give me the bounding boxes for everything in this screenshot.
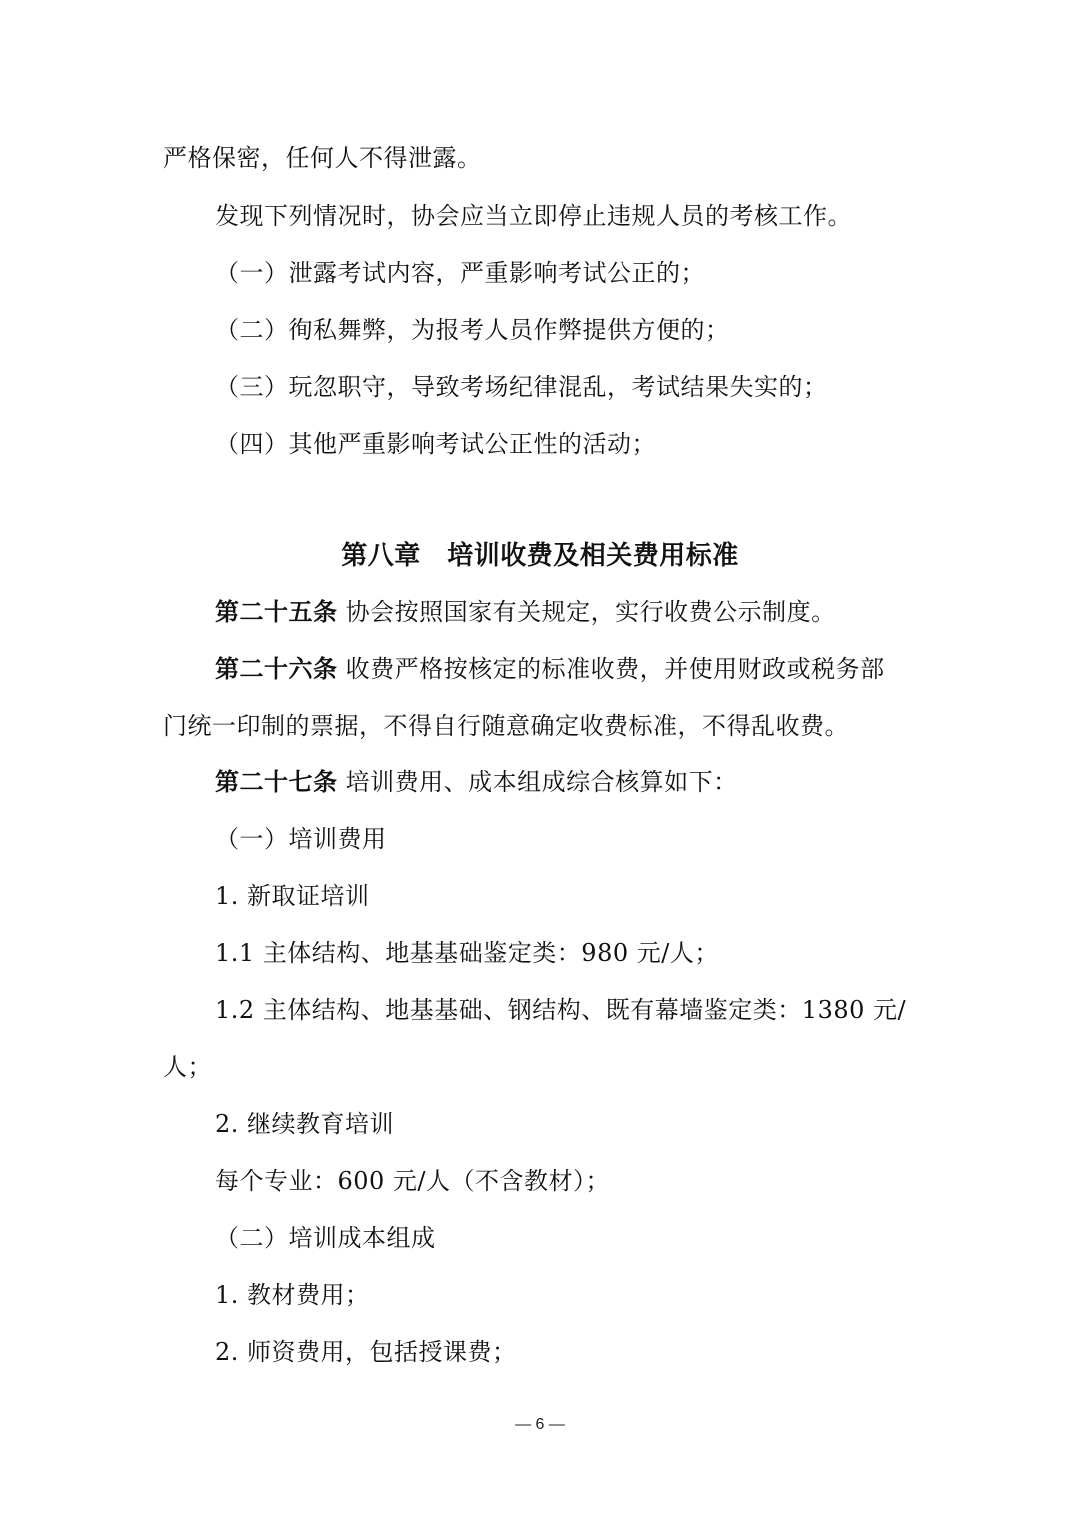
item-textbook-cost: 1. 教材费用； — [215, 1279, 370, 1311]
section-training-fees: （一）培训费用 — [215, 823, 387, 855]
item-fee-1-2-continuation: 人； — [163, 1051, 212, 1083]
article-number: 第二十六条 — [215, 655, 338, 683]
paragraph-continuation: 严格保密，任何人不得泄露。 — [163, 142, 482, 174]
item-continuing-education: 2. 继续教育培训 — [215, 1108, 394, 1140]
list-item-violation-2: （二）徇私舞弊，为报考人员作弊提供方便的； — [215, 314, 730, 346]
chapter-heading: 第八章 培训收费及相关费用标准 — [0, 540, 1080, 572]
list-item-violation-3: （三）玩忽职守，导致考场纪律混乱，考试结果失实的； — [215, 371, 828, 403]
article-text: 培训费用、成本组成综合核算如下： — [346, 768, 738, 796]
page-number: — 6 — — [0, 1416, 1080, 1434]
list-item-violation-4: （四）其他严重影响考试公正性的活动； — [215, 428, 656, 460]
article-text: 收费严格按核定的标准收费，并使用财政或税务部 — [346, 655, 885, 683]
article-27: 第二十七条 培训费用、成本组成综合核算如下： — [215, 766, 738, 798]
article-text: 协会按照国家有关规定，实行收费公示制度。 — [346, 598, 836, 626]
paragraph-violations-intro: 发现下列情况时，协会应当立即停止违规人员的考核工作。 — [215, 200, 852, 232]
article-number: 第二十五条 — [215, 598, 338, 626]
article-26-continuation: 门统一印制的票据，不得自行随意确定收费标准，不得乱收费。 — [163, 710, 849, 742]
item-fee-1-1: 1.1 主体结构、地基基础鉴定类：980 元/人； — [215, 937, 719, 969]
item-teacher-cost: 2. 师资费用，包括授课费； — [215, 1336, 517, 1368]
article-number: 第二十七条 — [215, 768, 338, 796]
article-26: 第二十六条 收费严格按核定的标准收费，并使用财政或税务部 — [215, 653, 885, 685]
item-new-certification: 1. 新取证培训 — [215, 880, 370, 912]
article-25: 第二十五条 协会按照国家有关规定，实行收费公示制度。 — [215, 596, 836, 628]
list-item-violation-1: （一）泄露考试内容，严重影响考试公正的； — [215, 257, 705, 289]
section-cost-composition: （二）培训成本组成 — [215, 1222, 436, 1254]
item-fee-1-2: 1.2 主体结构、地基基础、钢结构、既有幕墙鉴定类：1380 元/ — [215, 994, 906, 1026]
item-fee-per-specialty: 每个专业：600 元/人（不含教材）； — [215, 1165, 610, 1197]
